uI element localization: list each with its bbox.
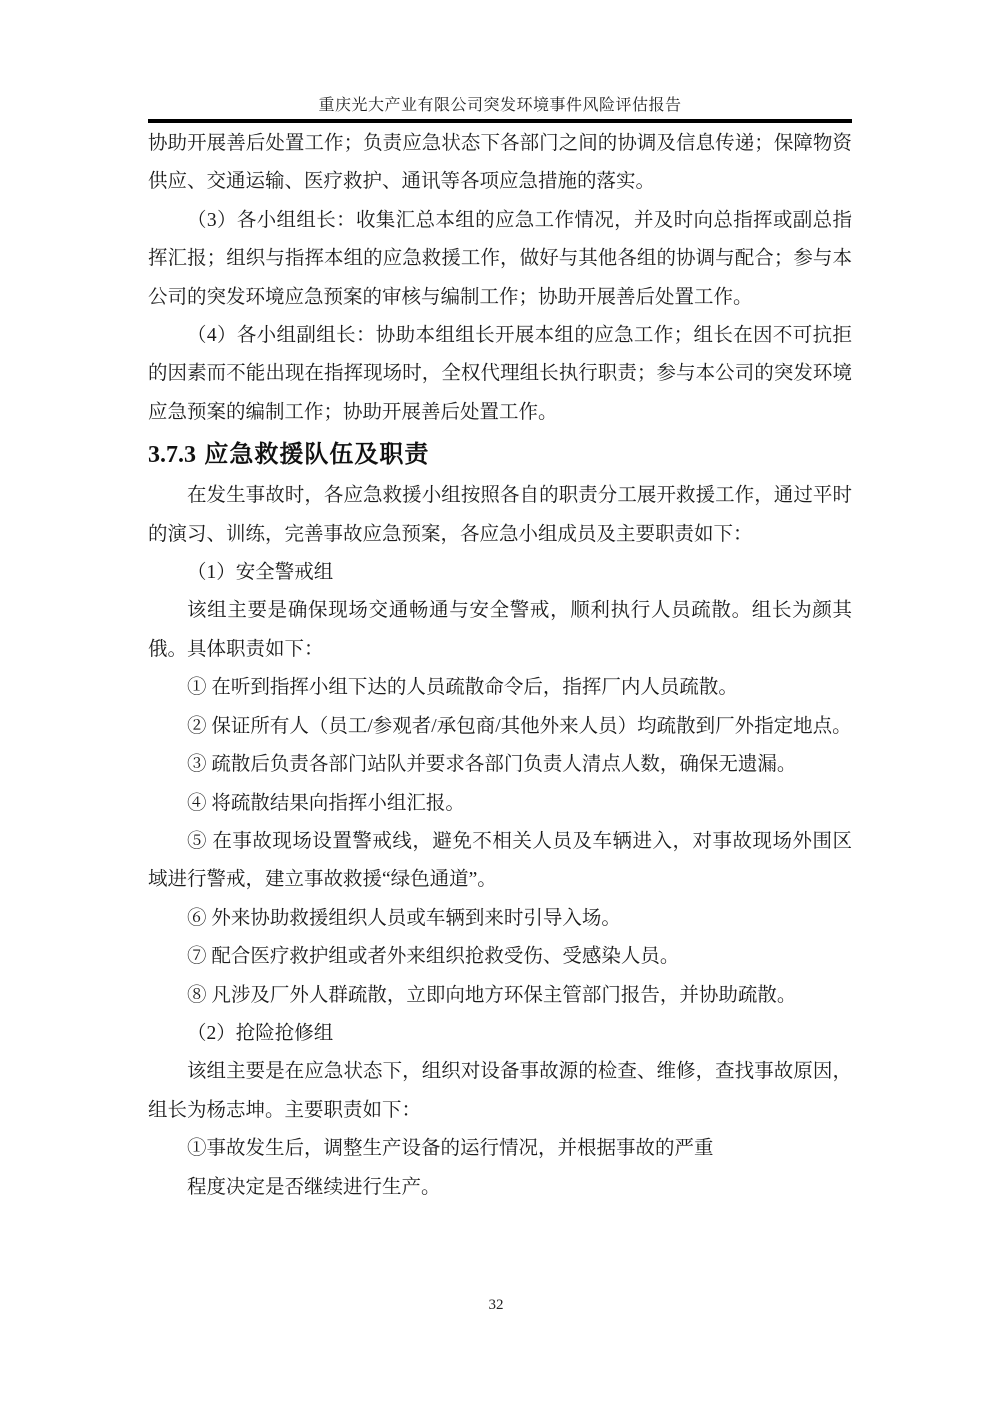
page-number: 32 bbox=[489, 1297, 504, 1313]
paragraph: ①事故发生后，调整生产设备的运行情况，并根据事故的严重 bbox=[148, 1130, 852, 1168]
page-footer: 32 bbox=[0, 1296, 992, 1314]
document-body: 协助开展善后处置工作；负责应急状态下各部门之间的协调及信息传递；保障物资供应、交… bbox=[148, 125, 852, 1207]
paragraph: ② 保证所有人（员工/参观者/承包商/其他外来人员）均疏散到厂外指定地点。 bbox=[148, 708, 852, 746]
paragraph: ⑤ 在事故现场设置警戒线，避免不相关人员及车辆进入，对事故现场外围区域进行警戒，… bbox=[148, 823, 852, 900]
paragraph: ④ 将疏散结果向指挥小组汇报。 bbox=[148, 785, 852, 823]
paragraph: ⑦ 配合医疗救护组或者外来组织抢救受伤、受感染人员。 bbox=[148, 938, 852, 976]
paragraph: 在发生事故时，各应急救援小组按照各自的职责分工展开救援工作，通过平时的演习、训练… bbox=[148, 477, 852, 554]
paragraph: ⑧ 凡涉及厂外人群疏散，立即向地方环保主管部门报告，并协助疏散。 bbox=[148, 977, 852, 1015]
paragraph: 该组主要是确保现场交通畅通与安全警戒，顺利执行人员疏散。组长为颜其俄。具体职责如… bbox=[148, 592, 852, 669]
paragraph: （1）安全警戒组 bbox=[148, 554, 852, 592]
header-rule-divider bbox=[148, 119, 852, 123]
section-heading: 3.7.3应急救援队伍及职责 bbox=[148, 435, 852, 475]
header-title: 重庆光大产业有限公司突发环境事件风险评估报告 bbox=[148, 96, 852, 116]
paragraph: （2）抢险抢修组 bbox=[148, 1015, 852, 1053]
paragraph: ⑥ 外来协助救援组织人员或车辆到来时引导入场。 bbox=[148, 900, 852, 938]
paragraph: 该组主要是在应急状态下，组织对设备事故源的检查、维修，查找事故原因，组长为杨志坤… bbox=[148, 1053, 852, 1130]
paragraph: 协助开展善后处置工作；负责应急状态下各部门之间的协调及信息传递；保障物资供应、交… bbox=[148, 125, 852, 202]
paragraph: （3）各小组组长：收集汇总本组的应急工作情况，并及时向总指挥或副总指挥汇报；组织… bbox=[148, 202, 852, 317]
paragraph: 程度决定是否继续进行生产。 bbox=[148, 1169, 852, 1207]
paragraph: （4）各小组副组长：协助本组组长开展本组的应急工作；组长在因不可抗拒的因素而不能… bbox=[148, 317, 852, 432]
section-number: 3.7.3 bbox=[148, 442, 196, 468]
section-title: 应急救援队伍及职责 bbox=[204, 441, 429, 468]
paragraph: ① 在听到指挥小组下达的人员疏散命令后，指挥厂内人员疏散。 bbox=[148, 669, 852, 707]
page-header: 重庆光大产业有限公司突发环境事件风险评估报告 bbox=[148, 0, 852, 123]
content-column: 重庆光大产业有限公司突发环境事件风险评估报告 协助开展善后处置工作；负责应急状态… bbox=[148, 0, 852, 1207]
document-page: 重庆光大产业有限公司突发环境事件风险评估报告 协助开展善后处置工作；负责应急状态… bbox=[0, 0, 992, 1403]
paragraph: ③ 疏散后负责各部门站队并要求各部门负责人清点人数，确保无遗漏。 bbox=[148, 746, 852, 784]
